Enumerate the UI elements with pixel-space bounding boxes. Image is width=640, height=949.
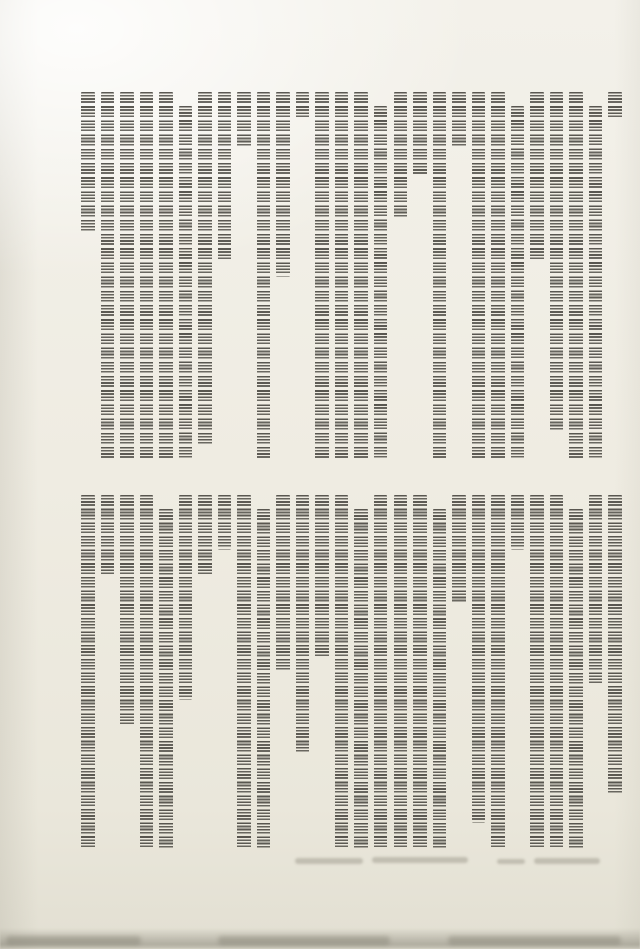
page-root: { "document": { "kind": "scanned book pa… — [0, 0, 640, 949]
text-column — [237, 92, 251, 149]
text-column — [296, 495, 310, 754]
text-column — [276, 495, 290, 672]
text-column — [608, 495, 622, 795]
text-column — [198, 92, 212, 447]
text-column — [101, 92, 115, 461]
text-column — [179, 106, 193, 461]
text-column — [296, 92, 310, 120]
text-column — [608, 92, 622, 120]
text-column — [433, 509, 447, 850]
text-column — [101, 495, 115, 577]
text-column — [354, 509, 368, 850]
text-column — [530, 92, 544, 262]
text-column — [569, 509, 583, 850]
text-column — [374, 495, 388, 850]
page-bottom-shadow — [0, 928, 640, 949]
shadow-blob — [448, 936, 621, 945]
text-column — [218, 495, 232, 550]
text-column — [81, 92, 95, 234]
text-column — [276, 92, 290, 277]
text-column — [491, 495, 505, 850]
text-column — [589, 495, 603, 686]
text-column — [140, 92, 154, 461]
text-column — [394, 495, 408, 850]
text-column — [511, 495, 525, 550]
bleedthrough-smudge — [295, 858, 363, 864]
text-column — [257, 92, 271, 461]
shadow-blob — [218, 936, 391, 945]
text-column — [198, 495, 212, 577]
shadow-blob — [6, 936, 140, 945]
bleedthrough-smudge — [497, 859, 525, 864]
text-column — [452, 92, 466, 149]
text-column — [472, 495, 486, 823]
text-column — [179, 495, 193, 700]
text-column — [140, 495, 154, 850]
text-column — [120, 495, 134, 727]
text-column — [394, 92, 408, 220]
text-column — [218, 92, 232, 262]
text-column — [452, 495, 466, 604]
lower-text-block — [81, 495, 622, 850]
text-column — [530, 495, 544, 850]
text-column — [491, 92, 505, 461]
text-column — [472, 92, 486, 461]
text-column — [315, 495, 329, 659]
text-column — [550, 495, 564, 850]
bleedthrough-smudge — [372, 857, 468, 863]
text-column — [120, 92, 134, 461]
text-column — [159, 509, 173, 850]
text-column — [413, 495, 427, 850]
text-column — [237, 495, 251, 850]
upper-text-block — [81, 92, 622, 461]
text-column — [81, 495, 95, 850]
text-column — [589, 106, 603, 461]
text-column — [335, 495, 349, 850]
text-column — [550, 92, 564, 433]
text-column — [159, 92, 173, 461]
text-column — [433, 92, 447, 461]
text-column — [413, 92, 427, 177]
text-column — [569, 92, 583, 461]
text-column — [315, 92, 329, 461]
text-column — [257, 509, 271, 850]
text-column — [354, 92, 368, 461]
text-column — [511, 106, 525, 461]
bleedthrough-smudge — [534, 858, 600, 864]
text-column — [335, 92, 349, 461]
scanned-page: Original page contains sexually explicit… — [0, 0, 640, 949]
text-column — [374, 106, 388, 461]
